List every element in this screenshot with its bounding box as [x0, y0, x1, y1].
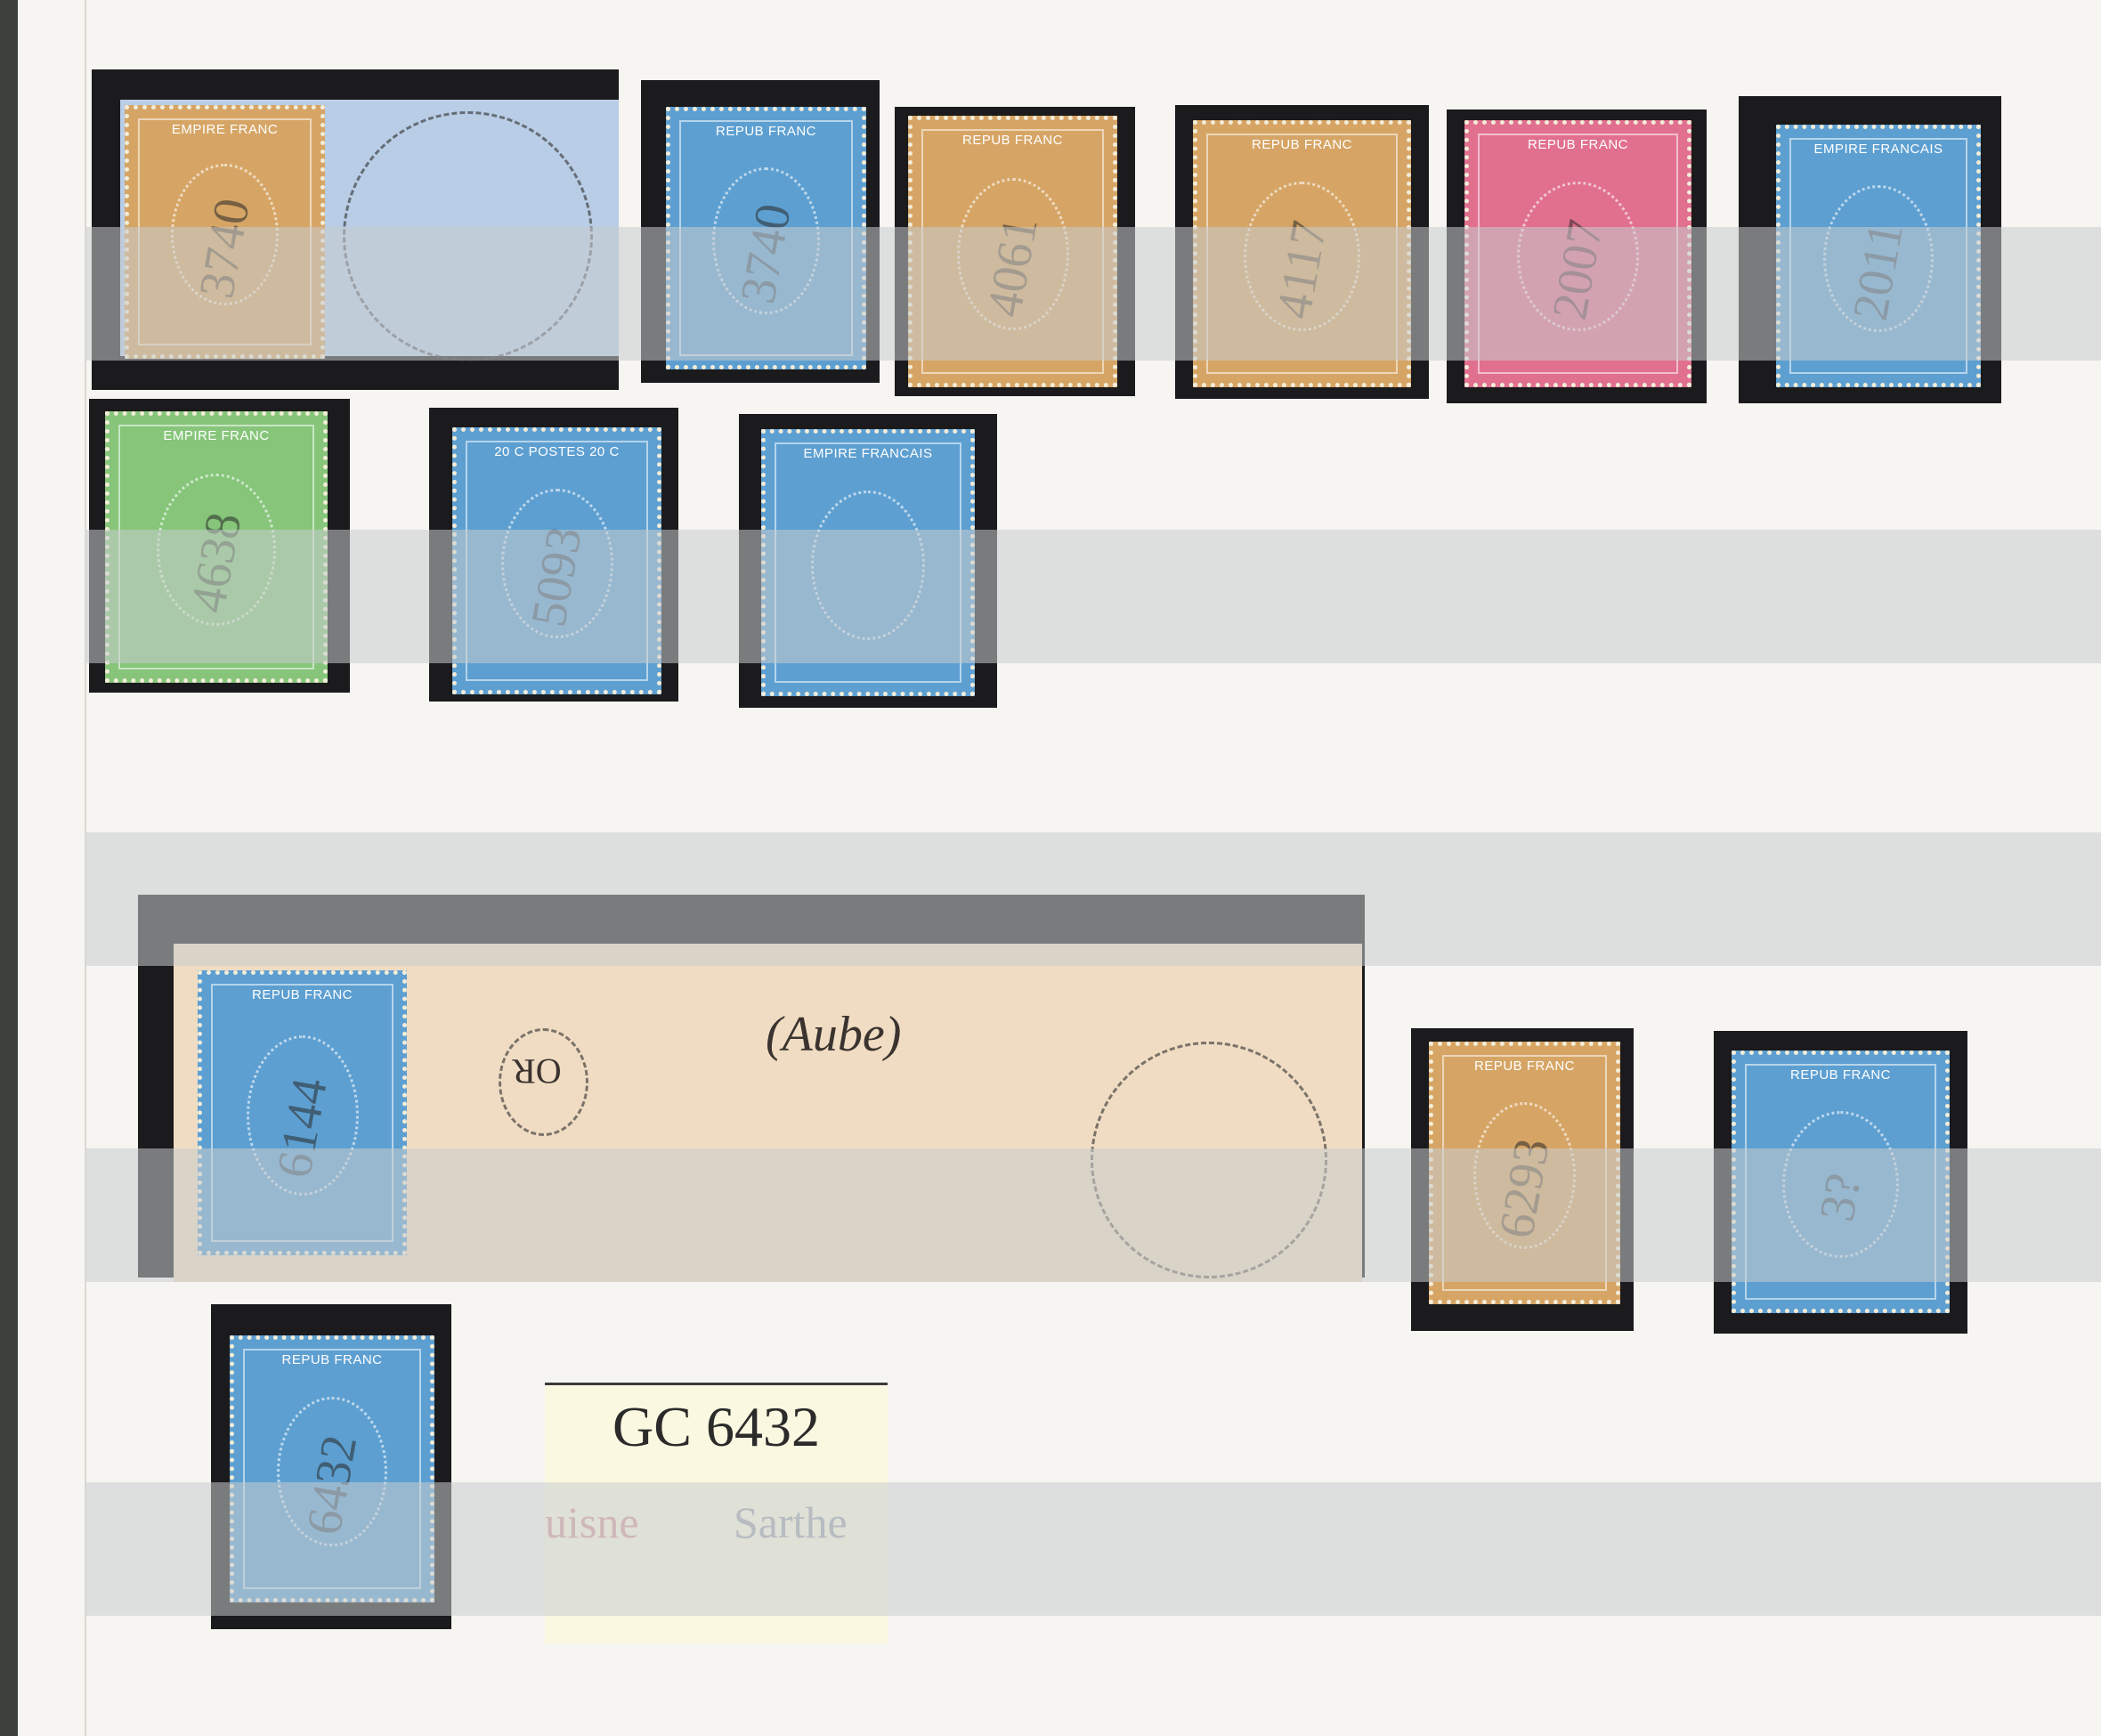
stock-strip-3 — [86, 832, 2101, 966]
manuscript-aube: (Aube) — [766, 1006, 901, 1063]
stock-strip-2 — [86, 530, 2101, 663]
gc-number: GC 6432 — [545, 1394, 888, 1460]
stock-strip-1 — [86, 227, 2101, 361]
album-page-edge — [0, 0, 18, 1736]
stock-strip-5 — [86, 1482, 2101, 1616]
stock-strip-4 — [86, 1148, 2101, 1282]
rural-box-text: OR — [512, 1051, 562, 1092]
